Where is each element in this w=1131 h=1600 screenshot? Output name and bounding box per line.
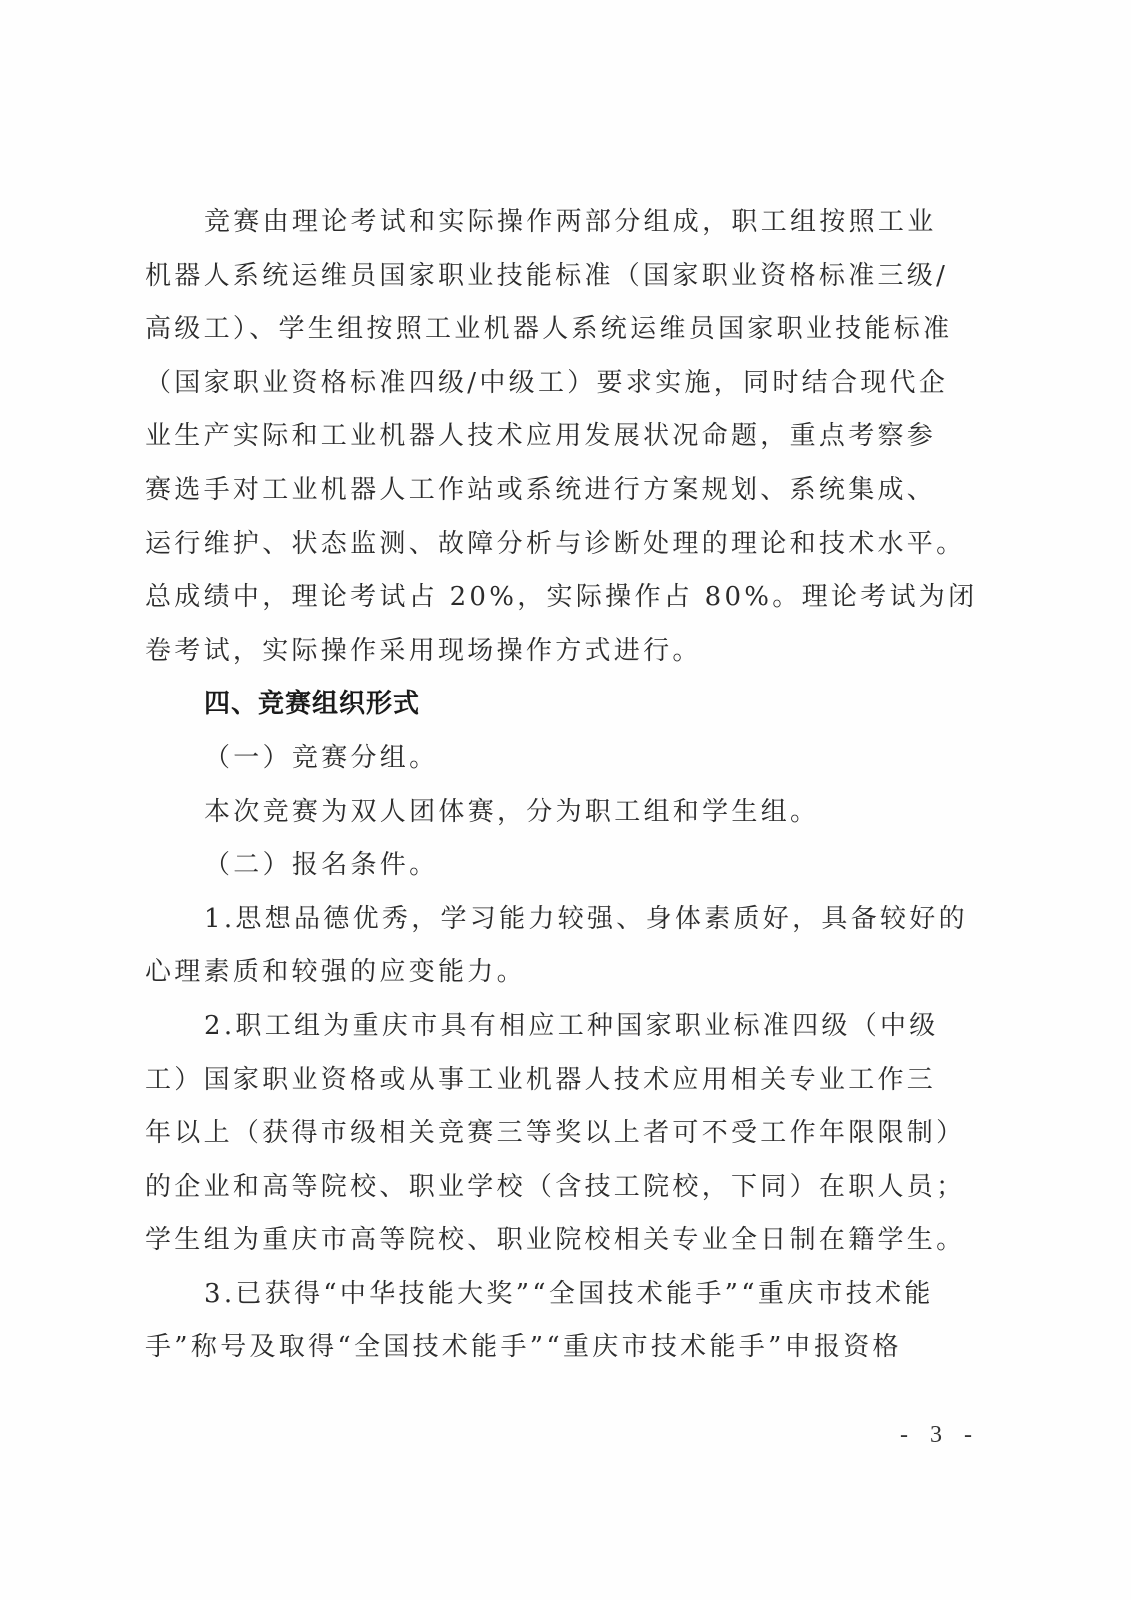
paragraph-line: 业生产实际和工业机器人技术应用发展状况命题，重点考察参 <box>145 410 967 464</box>
list-item-line: 年以上（获得市级相关竞赛三等奖以上者可不受工作年限限制） <box>145 1107 967 1161</box>
document-page: 竞赛由理论考试和实际操作两部分组成，职工组按照工业 机器人系统运维员国家职业技能… <box>0 0 1131 1600</box>
paragraph-line: 本次竞赛为双人团体赛，分为职工组和学生组。 <box>145 786 967 840</box>
paragraph-line: 机器人系统运维员国家职业技能标准（国家职业资格标准三级/ <box>145 250 967 304</box>
paragraph-line: 竞赛由理论考试和实际操作两部分组成，职工组按照工业 <box>145 196 967 250</box>
subsection-heading: （二）报名条件。 <box>145 839 967 893</box>
list-item-line: 2.职工组为重庆市具有相应工种国家职业标准四级（中级 <box>145 1000 967 1054</box>
paragraph-line: （国家职业资格标准四级/中级工）要求实施，同时结合现代企 <box>145 357 967 411</box>
paragraph-line: 总成绩中，理论考试占 20%，实际操作占 80%。理论考试为闭 <box>145 571 967 625</box>
list-item-line: 1.思想品德优秀，学习能力较强、身体素质好，具备较好的 <box>145 893 967 947</box>
subsection-heading: （一）竞赛分组。 <box>145 732 967 786</box>
page-number: - 3 - <box>900 1422 980 1449</box>
paragraph-line: 高级工）、学生组按照工业机器人系统运维员国家职业技能标准 <box>145 303 967 357</box>
paragraph-line: 赛选手对工业机器人工作站或系统进行方案规划、系统集成、 <box>145 464 967 518</box>
paragraph-line: 运行维护、状态监测、故障分析与诊断处理的理论和技术水平。 <box>145 518 967 572</box>
section-heading: 四、竞赛组织形式 <box>145 678 967 732</box>
paragraph-line: 卷考试，实际操作采用现场操作方式进行。 <box>145 625 967 679</box>
list-item-line: 3.已获得“中华技能大奖”“全国技术能手”“重庆市技术能 <box>145 1268 967 1322</box>
list-item-line: 手”称号及取得“全国技术能手”“重庆市技术能手”申报资格 <box>145 1321 967 1375</box>
list-item-line: 心理素质和较强的应变能力。 <box>145 946 967 1000</box>
list-item-line: 的企业和高等院校、职业学校（含技工院校，下同）在职人员； <box>145 1161 967 1215</box>
list-item-line: 学生组为重庆市高等院校、职业院校相关专业全日制在籍学生。 <box>145 1214 967 1268</box>
document-body: 竞赛由理论考试和实际操作两部分组成，职工组按照工业 机器人系统运维员国家职业技能… <box>145 196 967 1375</box>
list-item-line: 工）国家职业资格或从事工业机器人技术应用相关专业工作三 <box>145 1054 967 1108</box>
